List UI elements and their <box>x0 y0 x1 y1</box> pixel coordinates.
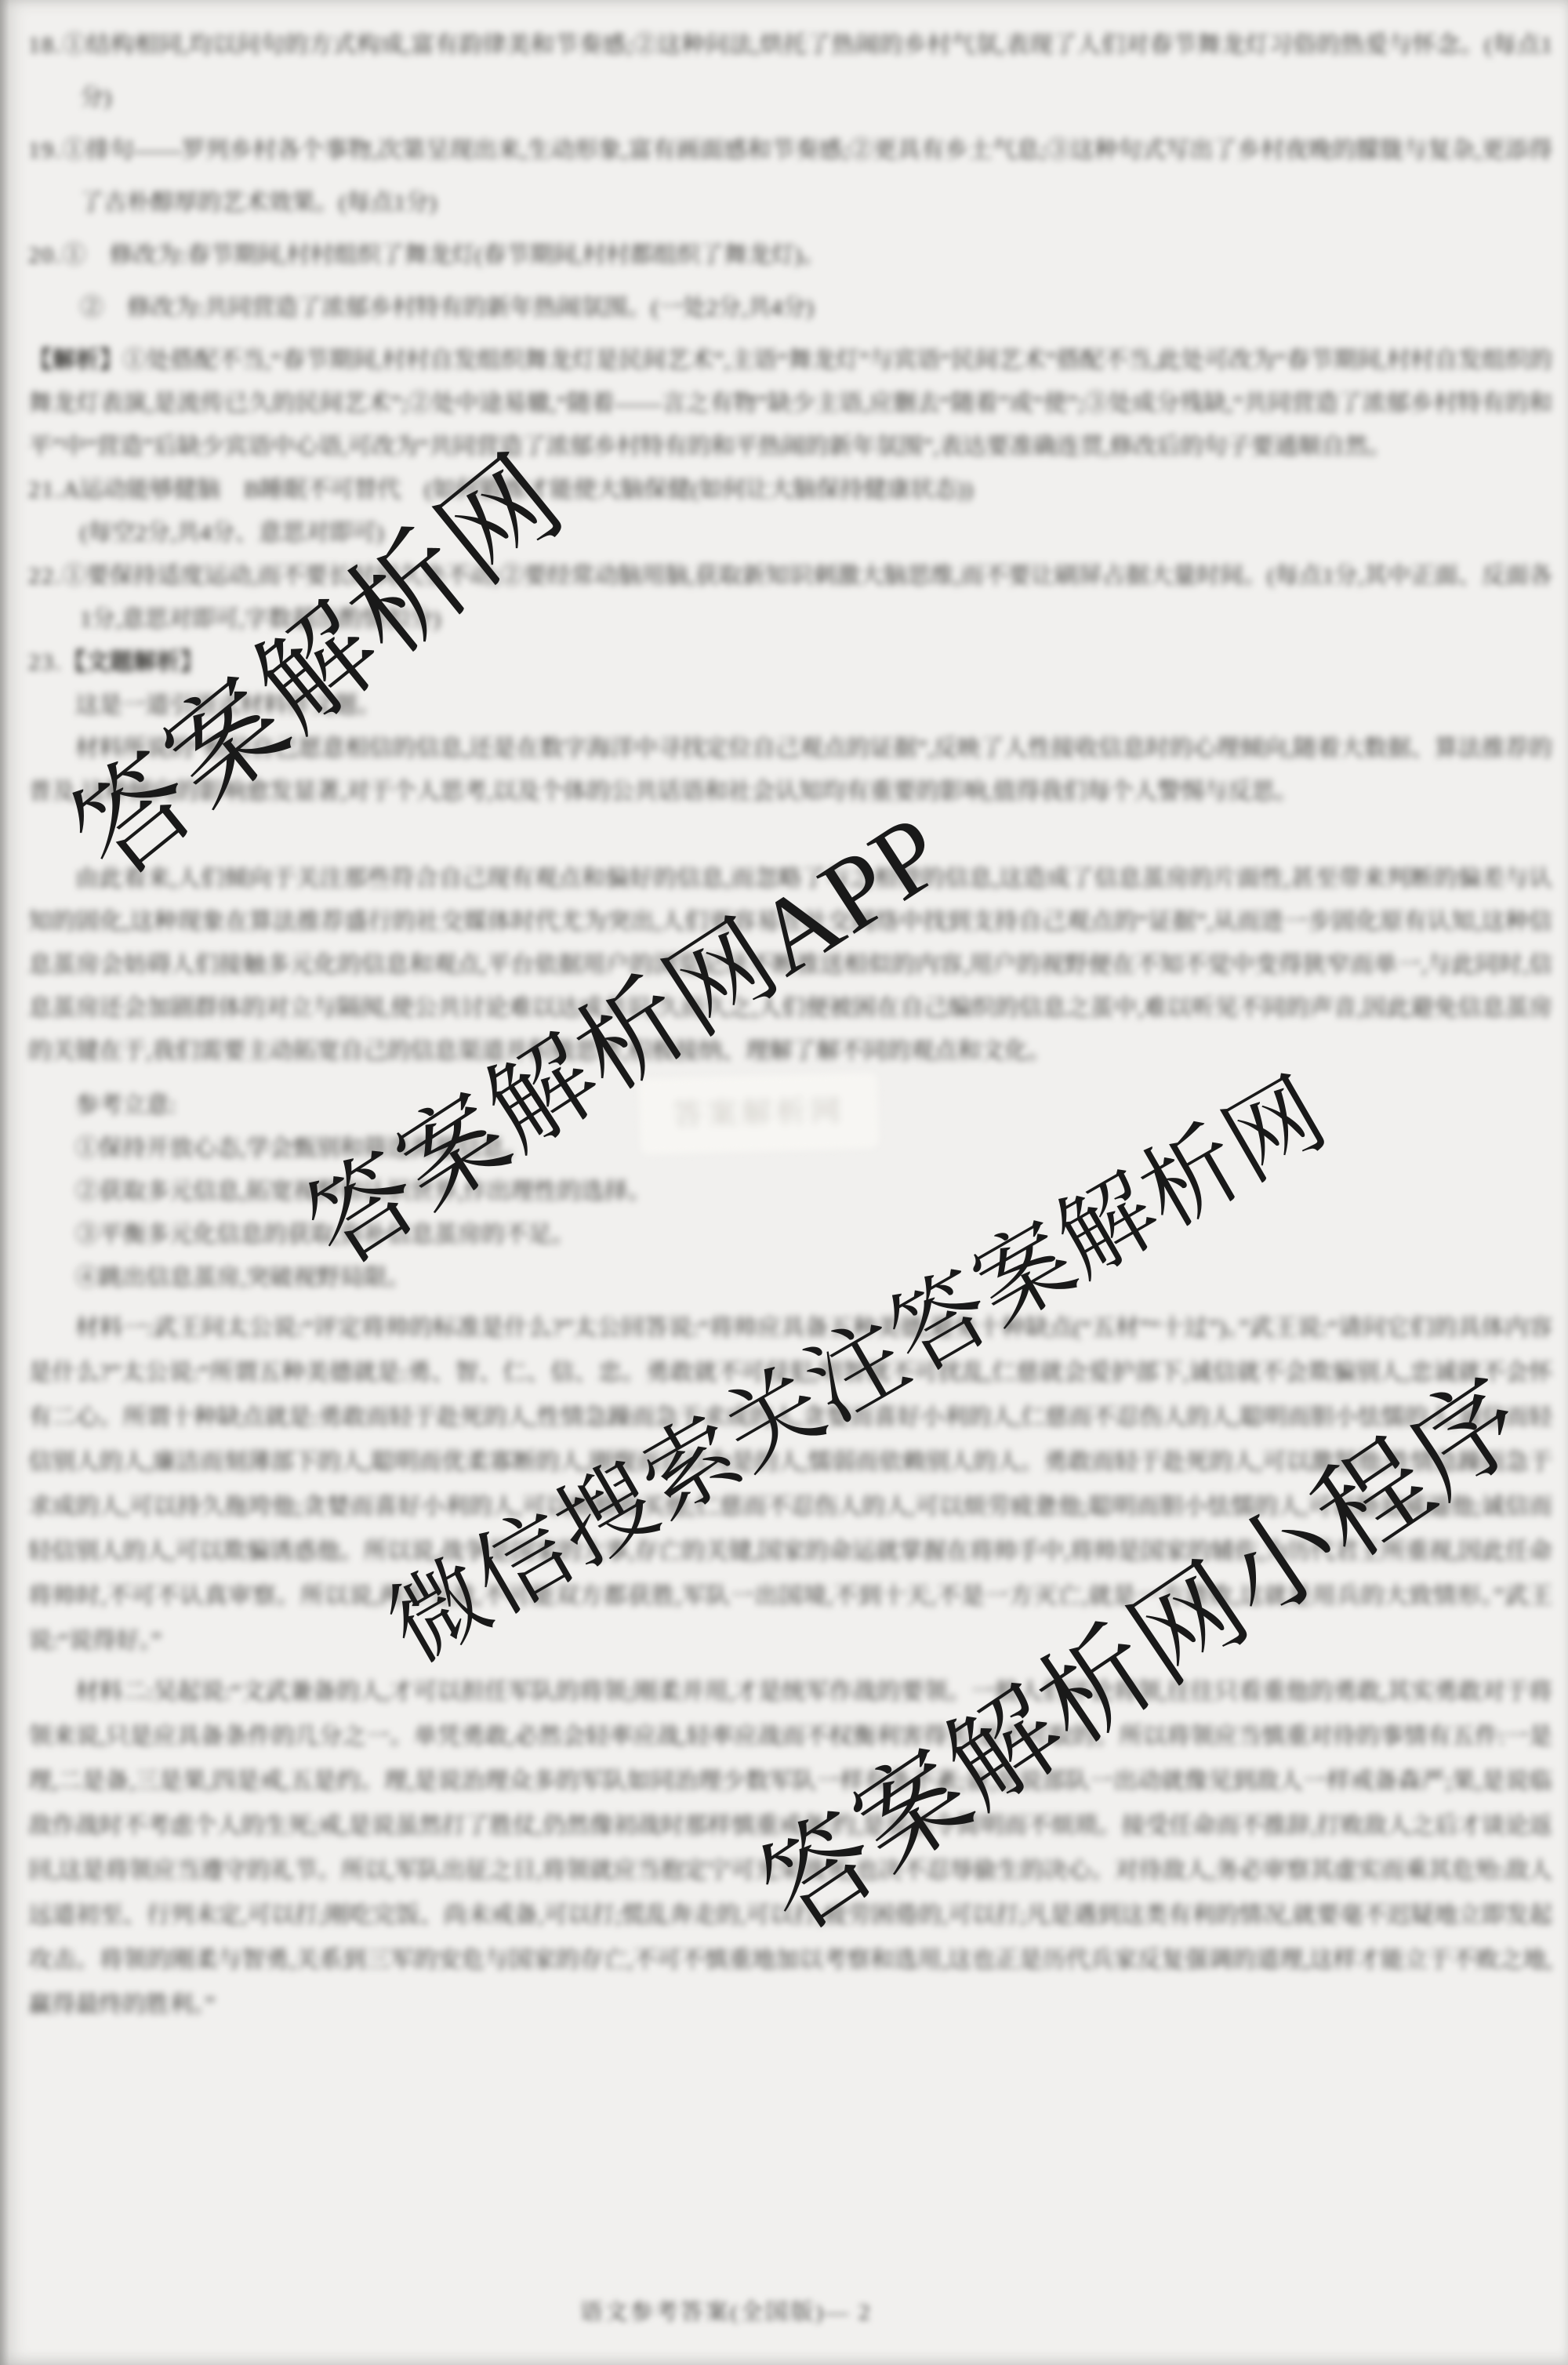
reference-idea-3: ③平衡多元化信息的获取,弥补信息茧房的不足。 <box>28 1213 1552 1256</box>
item-number: 23. <box>28 649 63 675</box>
answer-item-20-line2: ② 修改为:共同营造了浓郁乡村特有的新年热闹氛围。(一处2分,共4分) <box>28 282 1552 334</box>
answer-item-21-note: (每空2分,共4分、意思对即可) <box>28 511 1552 554</box>
analysis-text: ①处搭配不当,“春节期间,村村自发组织舞龙灯是民间艺术”,主语“舞龙灯”与宾语“… <box>28 347 1552 460</box>
analysis-block: 【解析】①处搭配不当,“春节期间,村村自发组织舞龙灯是民间艺术”,主语“舞龙灯”… <box>28 339 1552 468</box>
answer-item-21: 21.A运动能够健脑 B睡眠不可替代 (如何锻炼才能使大脑保健(如何让大脑保持健… <box>28 468 1552 511</box>
item-text: ①排句——罗列乡村各个事物,次第呈现出来,生动形象,富有画面感和节奏感;②更具有… <box>63 137 1553 216</box>
answer-item-20-line1: 20.① 修改为:春节期间,村村组织了舞龙灯(春节期间,村村都组织了舞龙灯)。 <box>28 229 1552 282</box>
item-number: 20. <box>28 242 63 268</box>
item-text: ① 修改为:春节期间,村村组织了舞龙灯(春节期间,村村都组织了舞龙灯)。 <box>63 242 826 268</box>
item-number: 21. <box>28 477 63 503</box>
document-body: 18.①结构相同,均以问句的方式构成,富有韵律美和节奏感;②这种问法,烘托了热闹… <box>28 19 1552 2027</box>
reference-idea-2: ②获取多元信息,拓宽视野和认识世界,作出理性的选择。 <box>28 1170 1552 1213</box>
item-text: ①结构相同,均以问句的方式构成,富有韵律美和节奏感;②这种问法,烘托了热闹的乡村… <box>63 32 1553 111</box>
item-number: 18. <box>28 32 63 58</box>
item-text: ② 修改为:共同营造了浓郁乡村特有的新年热闹氛围。(一处2分,共4分) <box>80 295 814 321</box>
item-number: 19. <box>28 137 63 163</box>
stamp-text: 答案解析网 <box>672 1090 845 1138</box>
scan-edge-shadow <box>0 0 9 2365</box>
answer-item-19: 19.①排句——罗列乡村各个事物,次第呈现出来,生动形象,富有画面感和节奏感;②… <box>28 124 1552 229</box>
exam-answer-sheet-page: 18.①结构相同,均以问句的方式构成,富有韵律美和节奏感;②这种问法,烘托了热闹… <box>0 0 1568 2365</box>
page-footer: 语文参考答案(全国版)— 2 <box>0 2294 1452 2327</box>
analysis-header: 【解析】 <box>28 347 123 373</box>
answer-items: 18.①结构相同,均以问句的方式构成,富有韵律美和节奏感;②这种问法,烘托了热闹… <box>28 19 1552 334</box>
item-number: 22. <box>28 563 63 589</box>
answer-item-18: 18.①结构相同,均以问句的方式构成,富有韵律美和节奏感;②这种问法,烘托了热闹… <box>28 19 1552 124</box>
reference-idea-4: ④跳出信息茧房,突破视野局限。 <box>28 1256 1552 1299</box>
